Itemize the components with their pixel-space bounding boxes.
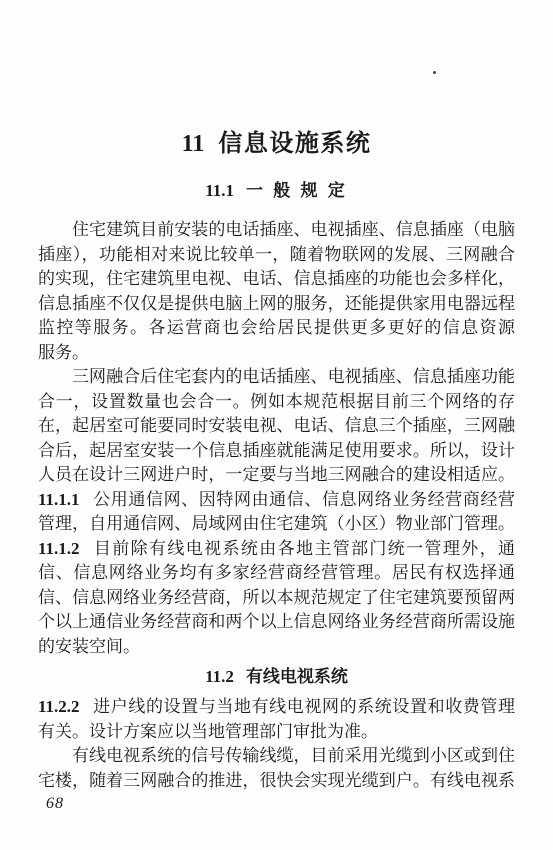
paragraph-closing: 有线电视系统的信号传输线缆，目前采用光缆到小区或到住 宅楼，随着三网融合的推进，… xyxy=(38,744,515,793)
text-line: 监控等服务。各运营商也会给居民提供更多更好的信息资源 xyxy=(38,316,515,341)
clause-first-line: 11.1.2目前除有线电视系统由各地主管部门统一管理外，通 xyxy=(38,537,515,562)
text-line: 人员在设计三网进户时，一定要与当地三网融合的建设相适应。 xyxy=(38,463,515,488)
text-line: 合一，设置数量也会合一。例如本规范根据目前三个网络的存 xyxy=(38,390,515,415)
chapter-heading: 11信息设施系统 xyxy=(38,0,515,159)
section-11-2-number: 11.2 xyxy=(205,667,234,686)
paragraph-2: 三网融合后住宅套内的电话插座、电视插座、信息插座功能 合一，设置数量也会合一。例… xyxy=(38,365,515,488)
text-line: 的实现，住宅建筑里电视、电话、信息插座的功能也会多样化， xyxy=(38,267,515,292)
text-line: 的安装空间。 xyxy=(38,635,515,660)
text-line: 信、信息网络业务经营商，所以本规范规定了住宅建筑要预留两 xyxy=(38,586,515,611)
text-line: 服务。 xyxy=(38,341,515,366)
paragraph-1: 住宅建筑目前安装的电话插座、电视插座、信息插座（电脑 插座），功能相对来说比较单… xyxy=(38,218,515,365)
page-number: 68 xyxy=(46,795,64,813)
text-line: 目前除有线电视系统由各地主管部门统一管理外，通 xyxy=(93,539,515,558)
clause-11-2-2-number: 11.2.2 xyxy=(38,697,80,716)
scan-noise-speck xyxy=(433,71,436,74)
text-line: 宅楼，随着三网融合的推进，很快会实现光缆到户。有线电视系 xyxy=(38,769,515,794)
clause-11-1-2: 11.1.2目前除有线电视系统由各地主管部门统一管理外，通 信、信息网络业务均有… xyxy=(38,537,515,660)
text-line: 住宅建筑目前安装的电话插座、电视插座、信息插座（电脑 xyxy=(38,218,515,243)
text-line: 信、信息网络业务均有多家经营商经营管理。居民有权选择通 xyxy=(38,561,515,586)
text-line: 有关。设计方案应以当地管理部门审批为准。 xyxy=(38,720,515,745)
text-line: 插座），功能相对来说比较单一，随着物联网的发展、三网融合 xyxy=(38,243,515,268)
text-line: 进户线的设置与当地有线电视网的系统设置和收费管理 xyxy=(93,697,515,716)
section-11-1-number: 11.1 xyxy=(205,181,234,200)
section-11-2-title: 有线电视系统 xyxy=(246,667,348,686)
text-line: 信息插座不仅仅是提供电脑上网的服务，还能提供家用电器远程 xyxy=(38,292,515,317)
clause-11-1-2-number: 11.1.2 xyxy=(38,539,80,558)
body-text: 住宅建筑目前安装的电话插座、电视插座、信息插座（电脑 插座），功能相对来说比较单… xyxy=(38,218,515,793)
text-line: 管理，自用通信网、局域网由住宅建筑（小区）物业部门管理。 xyxy=(38,512,515,537)
chapter-title: 信息设施系统 xyxy=(218,131,371,157)
text-line: 三网融合后住宅套内的电话插座、电视插座、信息插座功能 xyxy=(38,365,515,390)
document-page: 11信息设施系统 11.1一 般 规 定 住宅建筑目前安装的电话插座、电视插座、… xyxy=(0,0,553,850)
section-heading-11-2: 11.2有线电视系统 xyxy=(38,666,515,688)
clause-first-line: 11.2.2进户线的设置与当地有线电视网的系统设置和收费管理 xyxy=(38,695,515,720)
text-line: 公用通信网、因特网由通信、信息网络业务经营商经营 xyxy=(93,490,515,509)
section-heading-11-1: 11.1一 般 规 定 xyxy=(38,180,515,202)
chapter-number: 11 xyxy=(182,131,205,157)
text-line: 在，起居室可能要同时安装电视、电话、信息三个插座，三网融 xyxy=(38,414,515,439)
text-line: 有线电视系统的信号传输线缆，目前采用光缆到小区或到住 xyxy=(38,744,515,769)
clause-11-1-1: 11.1.1公用通信网、因特网由通信、信息网络业务经营商经营 管理，自用通信网、… xyxy=(38,488,515,537)
section-11-1-title: 一 般 规 定 xyxy=(246,181,348,200)
clause-11-2-2: 11.2.2进户线的设置与当地有线电视网的系统设置和收费管理 有关。设计方案应以… xyxy=(38,695,515,744)
text-line: 合后，起居室安装一个信息插座就能满足使用要求。所以，设计 xyxy=(38,439,515,464)
text-line: 个以上通信业务经营商和两个以上信息网络业务经营商所需设施 xyxy=(38,610,515,635)
clause-11-1-1-number: 11.1.1 xyxy=(38,490,80,509)
clause-first-line: 11.1.1公用通信网、因特网由通信、信息网络业务经营商经营 xyxy=(38,488,515,513)
